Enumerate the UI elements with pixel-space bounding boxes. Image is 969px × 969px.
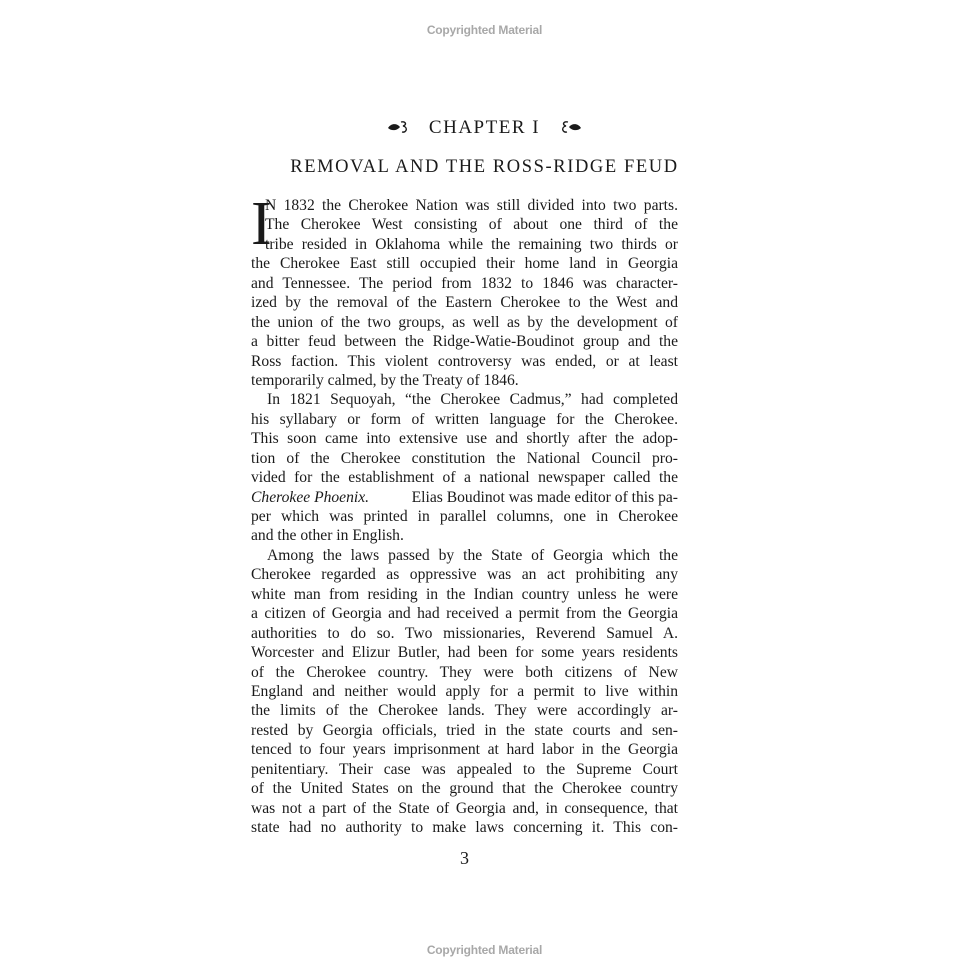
text-line: tenced to four years imprisonment at har… bbox=[251, 740, 678, 759]
copyright-watermark-bottom: Copyrighted Material bbox=[0, 943, 969, 957]
text-line: tribe resided in Oklahoma while the rema… bbox=[251, 235, 678, 254]
copyright-watermark-top: Copyrighted Material bbox=[0, 23, 969, 37]
chapter-number: CHAPTER I bbox=[429, 117, 540, 138]
text-line: per which was printed in parallel column… bbox=[251, 507, 678, 526]
text-line: Cherokee Phoenix. Elias Boudinot was mad… bbox=[251, 488, 678, 507]
text-line: rested by Georgia officials, tried in th… bbox=[251, 721, 678, 740]
text-line: Among the laws passed by the State of Ge… bbox=[251, 546, 678, 565]
text-line: penitentiary. Their case was appealed to… bbox=[251, 760, 678, 779]
text-line: This soon came into extensive use and sh… bbox=[251, 429, 678, 448]
text-line: the union of the two groups, as well as … bbox=[251, 313, 678, 332]
text-line: was not a part of the State of Georgia a… bbox=[251, 799, 678, 818]
text-line: the limits of the Cherokee lands. They w… bbox=[251, 701, 678, 720]
text-line: N 1832 the Cherokee Nation was still div… bbox=[251, 196, 678, 215]
leaf-ornament-left-icon bbox=[387, 118, 409, 140]
text-line: white man from residing in the Indian co… bbox=[251, 585, 678, 604]
paragraph-3: Among the laws passed by the State of Ge… bbox=[251, 546, 678, 838]
text-line: The Cherokee West consisting of about on… bbox=[251, 215, 678, 234]
text-line: England and neither would apply for a pe… bbox=[251, 682, 678, 701]
leaf-ornament-right-icon bbox=[560, 118, 582, 140]
text-line: Ross faction. This violent controversy w… bbox=[251, 352, 678, 371]
text-line: of the United States on the ground that … bbox=[251, 779, 678, 798]
text-line: Cherokee regarded as oppressive was an a… bbox=[251, 565, 678, 584]
paragraph-1: I N 1832 the Cherokee Nation was still d… bbox=[251, 196, 678, 390]
text-segment: Elias Boudinot was made editor of this p… bbox=[412, 488, 678, 507]
text-line: a bitter feud between the Ridge-Watie-Bo… bbox=[251, 332, 678, 351]
paragraph-2: In 1821 Sequoyah, “the Cherokee Cadmus,”… bbox=[251, 390, 678, 546]
text-line: a citizen of Georgia and had received a … bbox=[251, 604, 678, 623]
text-line: the Cherokee East still occupied their h… bbox=[251, 254, 678, 273]
text-line: and Tennessee. The period from 1832 to 1… bbox=[251, 274, 678, 293]
text-line: vided for the establishment of a nationa… bbox=[251, 468, 678, 487]
page-number: 3 bbox=[0, 848, 929, 869]
text-line: state had no authority to make laws conc… bbox=[251, 818, 678, 837]
text-line: temporarily calmed, by the Treaty of 184… bbox=[251, 371, 678, 390]
text-line: and the other in English. bbox=[251, 526, 678, 545]
text-line: tion of the Cherokee constitution the Na… bbox=[251, 449, 678, 468]
text-line: ized by the removal of the Eastern Chero… bbox=[251, 293, 678, 312]
text-line: of the Cherokee country. They were both … bbox=[251, 663, 678, 682]
text-line: Worcester and Elizur Butler, had been fo… bbox=[251, 643, 678, 662]
text-line: his syllabary or form of written languag… bbox=[251, 410, 678, 429]
text-line: authorities to do so. Two missionaries, … bbox=[251, 624, 678, 643]
chapter-heading: CHAPTER I bbox=[0, 117, 969, 140]
text-line: In 1821 Sequoyah, “the Cherokee Cadmus,”… bbox=[251, 390, 678, 409]
drop-cap: I bbox=[251, 197, 272, 251]
chapter-title: REMOVAL AND THE ROSS-RIDGE FEUD bbox=[0, 157, 969, 178]
body-text: I N 1832 the Cherokee Nation was still d… bbox=[251, 196, 678, 837]
newspaper-title: Cherokee Phoenix. bbox=[251, 488, 369, 507]
